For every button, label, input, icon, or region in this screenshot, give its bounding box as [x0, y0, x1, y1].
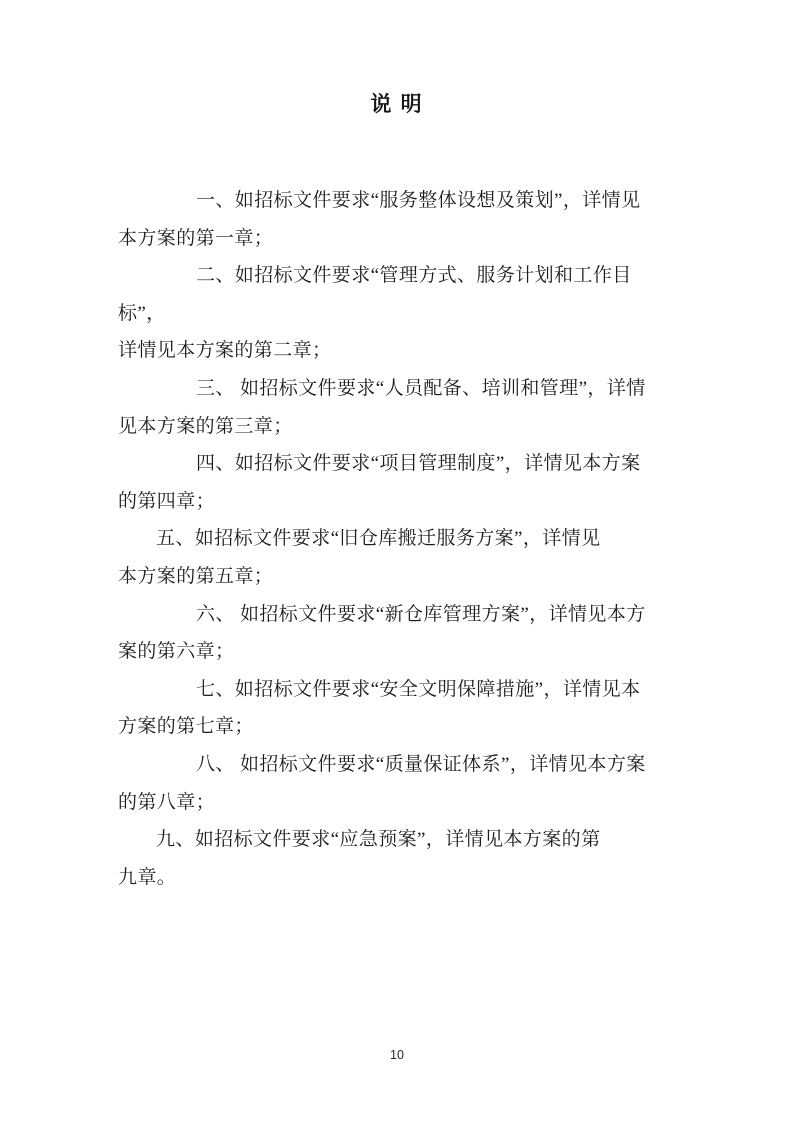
list-item-7: 七、如招标文件要求“安全文明保障措施”，详情见本 方案的第七章；: [118, 671, 678, 746]
list-item-9: 九、如招标文件要求“应急预案”，详情见本方案的第 九章。: [118, 821, 678, 896]
list-item-6: 六、 如招标文件要求“新仓库管理方案”，详情见本方 案的第六章；: [118, 596, 678, 671]
page-number: 10: [0, 1048, 794, 1062]
list-item-4: 四、如招标文件要求“项目管理制度”，详情见本方案 的第四章；: [118, 445, 678, 520]
list-item-8: 八、 如招标文件要求“质量保证体系”，详情见本方案 的第八章；: [118, 746, 678, 821]
document-page: 说 明 一、如招标文件要求“服务整体设想及策划”，详情见 本方案的第一章； 二、…: [0, 0, 794, 1122]
list-item-1: 一、如招标文件要求“服务整体设想及策划”，详情见 本方案的第一章；: [118, 182, 678, 257]
list-item-2: 二、如招标文件要求“管理方式、服务计划和工作目标”， 详情见本方案的第二章；: [118, 257, 678, 370]
document-body: 一、如招标文件要求“服务整体设想及策划”，详情见 本方案的第一章； 二、如招标文…: [118, 182, 678, 896]
list-item-3: 三、 如招标文件要求“人员配备、培训和管理”，详情 见本方案的第三章；: [118, 370, 678, 445]
list-item-5: 五、如招标文件要求“旧仓库搬迁服务方案”，详情见 本方案的第五章；: [118, 520, 678, 595]
page-title: 说 明: [0, 88, 794, 118]
